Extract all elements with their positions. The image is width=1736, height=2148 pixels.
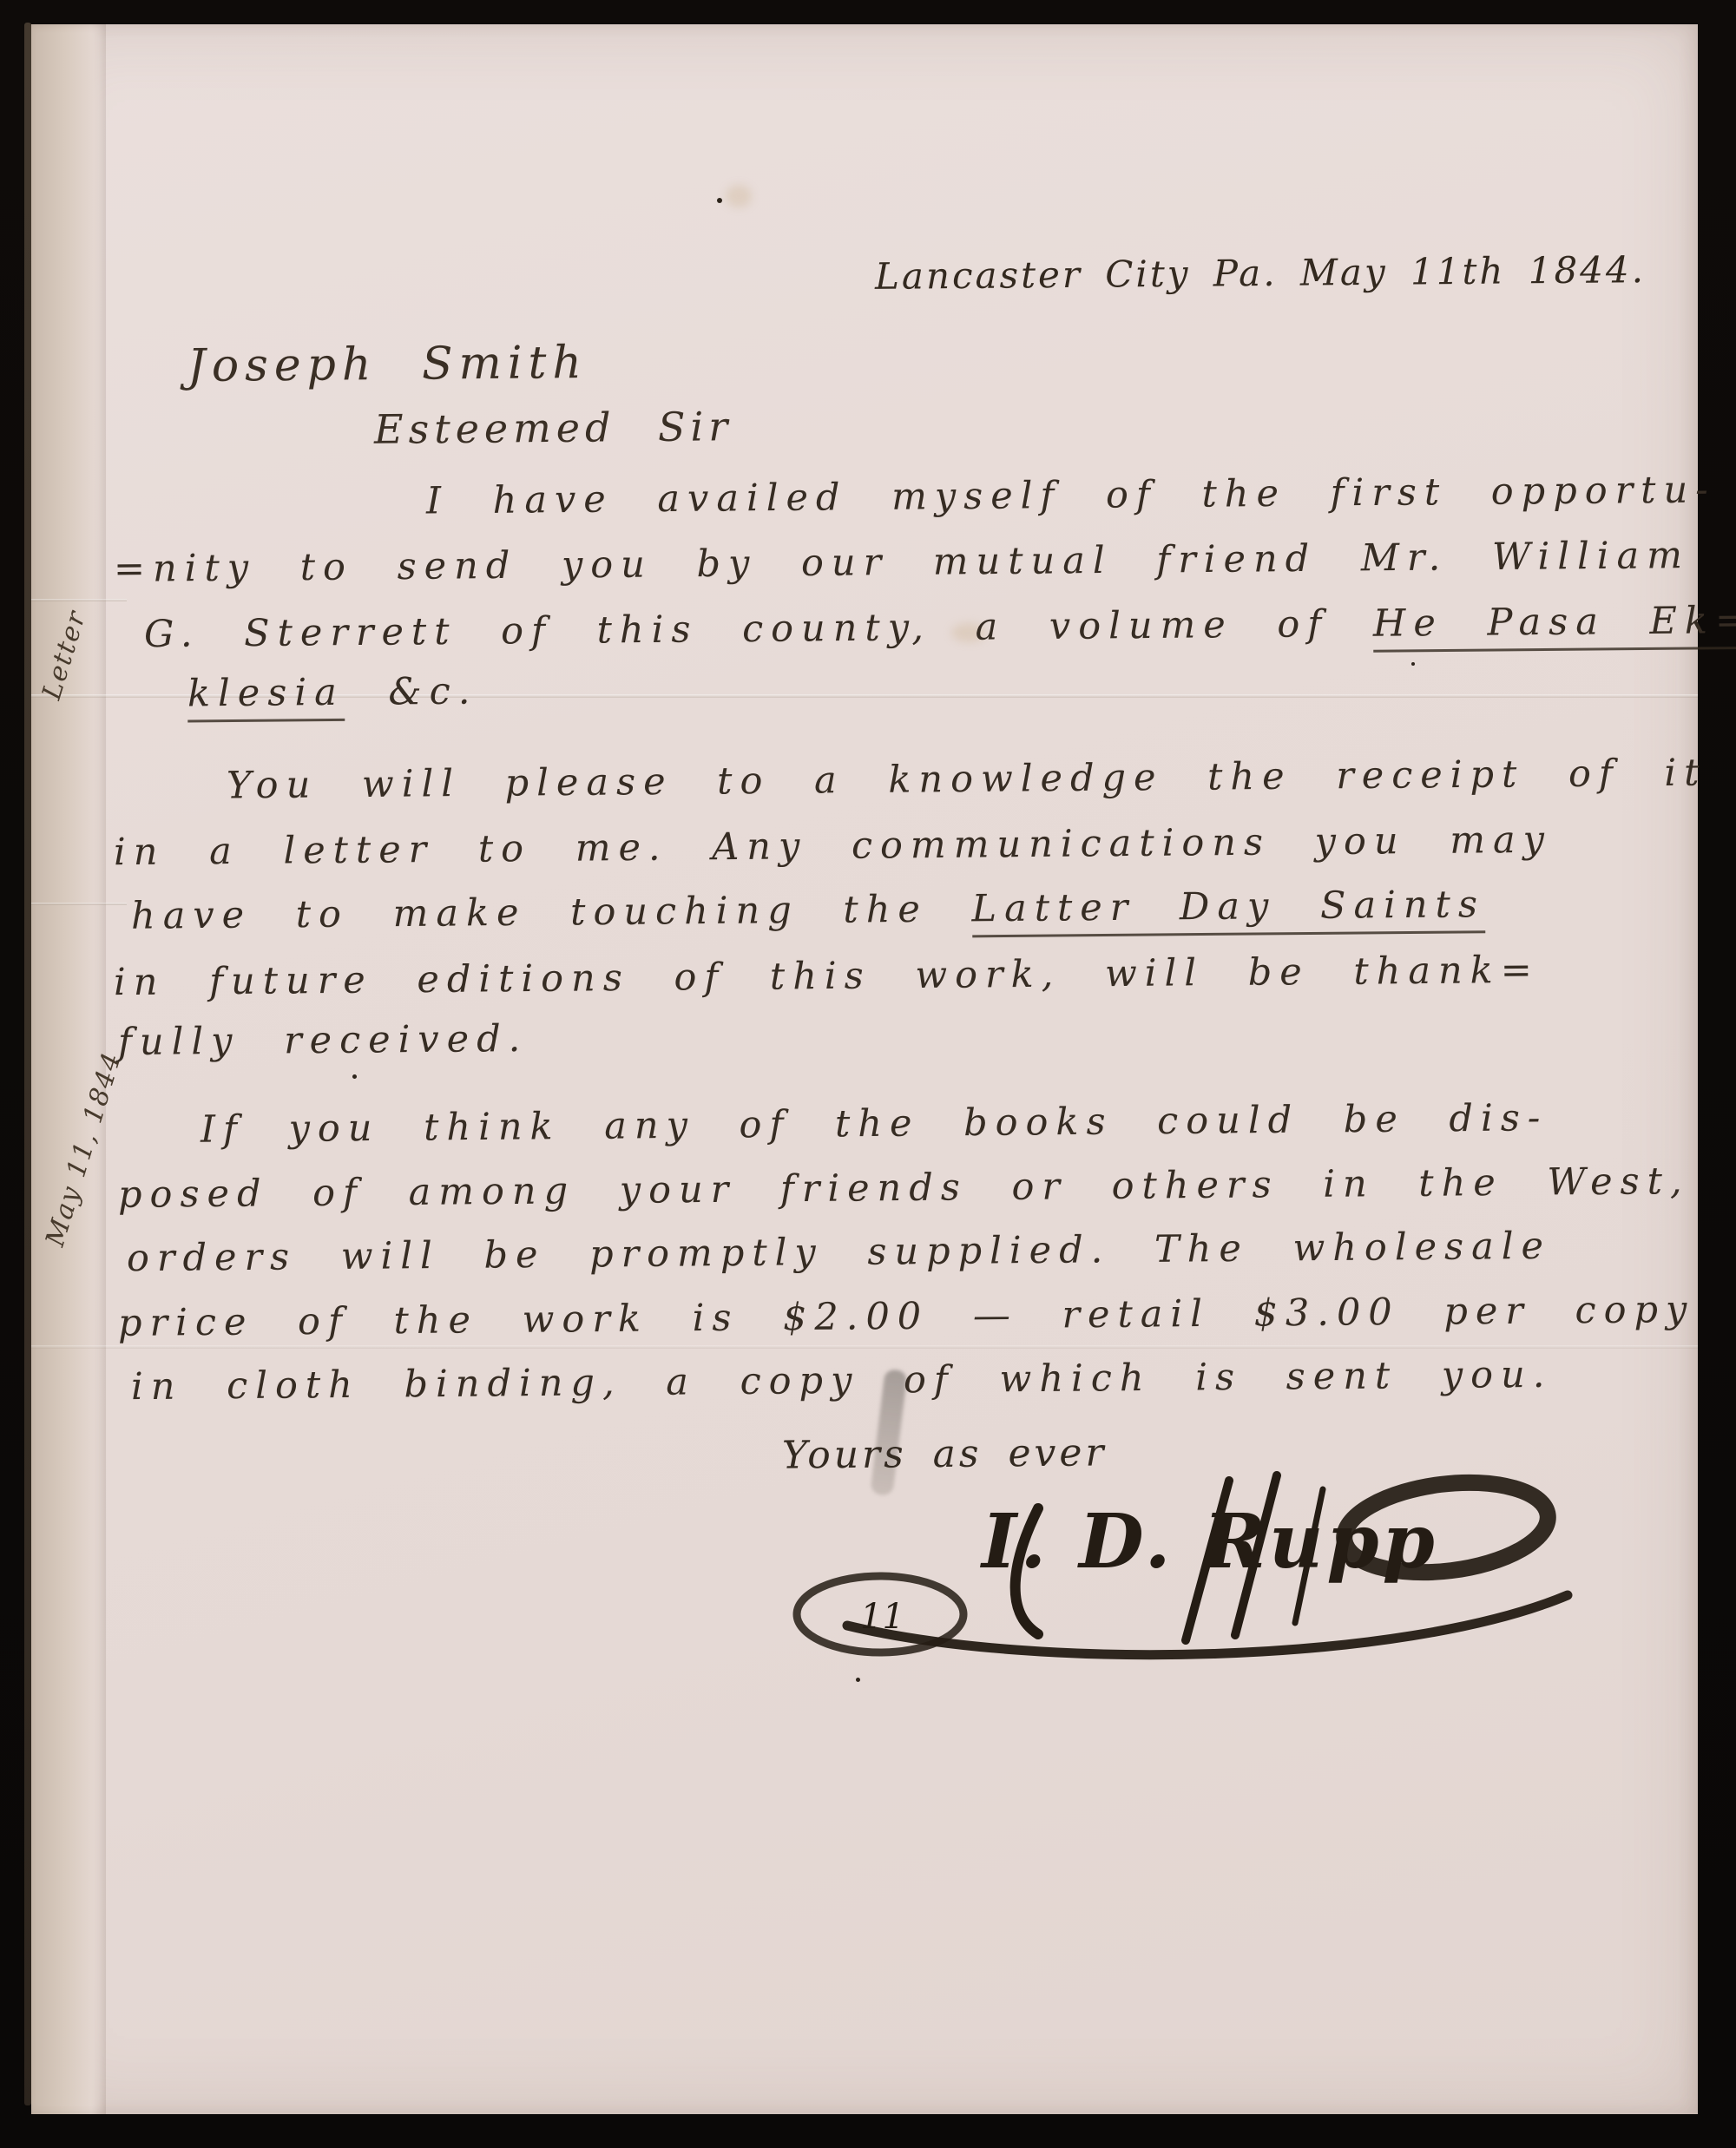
letter-line: have to make touching the Latter Day Sai… [131, 883, 1485, 938]
letter-line: klesia &c. [187, 670, 478, 716]
scan-background: Letter May 11, 1844 Lancaster City Pa. M… [0, 0, 1736, 2148]
letter-line: G. Sterrett of this county, a volume of … [144, 599, 1736, 656]
letter-line: I have availed myself of the first oppor… [426, 469, 1716, 523]
signature-mark: 11 [860, 1597, 904, 1637]
fold-crease [31, 599, 127, 601]
letter-line: orders will be promptly supplied. The wh… [127, 1225, 1551, 1280]
letter-page: Letter May 11, 1844 Lancaster City Pa. M… [31, 24, 1698, 2114]
fold-crease [31, 1345, 1698, 1349]
underlined-book-title: klesia [187, 671, 345, 723]
underlined-book-title: He Pasa Ek= [1373, 599, 1736, 653]
letter-line-text: &c. [345, 670, 478, 714]
letter-line: =nity to send you by our mutual friend M… [114, 534, 1690, 591]
letter-line-text: have to make touching the [131, 887, 972, 937]
letter-line-text: G. Sterrett of this county, a volume of [144, 602, 1373, 656]
fold-crease [31, 903, 127, 905]
ink-speck [717, 198, 722, 203]
letter-line: fully received. [118, 1017, 529, 1064]
recipient-name: Joseph Smith [187, 337, 588, 392]
letter-line: in cloth binding, a copy of which is sen… [131, 1353, 1553, 1409]
ink-speck [1411, 662, 1415, 666]
letter-line: You will please to a knowledge the recei… [227, 752, 1707, 808]
signature-text: I. D. Rupp [979, 1498, 1438, 1586]
letter-line: in a letter to me. Any communications yo… [114, 818, 1552, 874]
underlined-phrase: Latter Day Saints [971, 883, 1485, 937]
salutation: Esteemed Sir [374, 403, 733, 453]
letter-line: in future editions of this work, will be… [114, 949, 1540, 1004]
paper-stain [726, 185, 752, 207]
letter-line: If you think any of the books could be d… [201, 1096, 1549, 1152]
letter-line: posed of among your friends or others in… [118, 1159, 1690, 1217]
dateline: Lancaster City Pa. May 11th 1844. [875, 248, 1646, 298]
signature-block: I. D. Rupp 11 [778, 1456, 1628, 1682]
letter-line: price of the work is $2.00 — retail $3.0… [118, 1288, 1695, 1345]
signature-flourish: I. D. Rupp 11 [778, 1456, 1628, 1682]
underlying-page-edge [24, 23, 31, 2105]
ink-speck [352, 1074, 357, 1079]
